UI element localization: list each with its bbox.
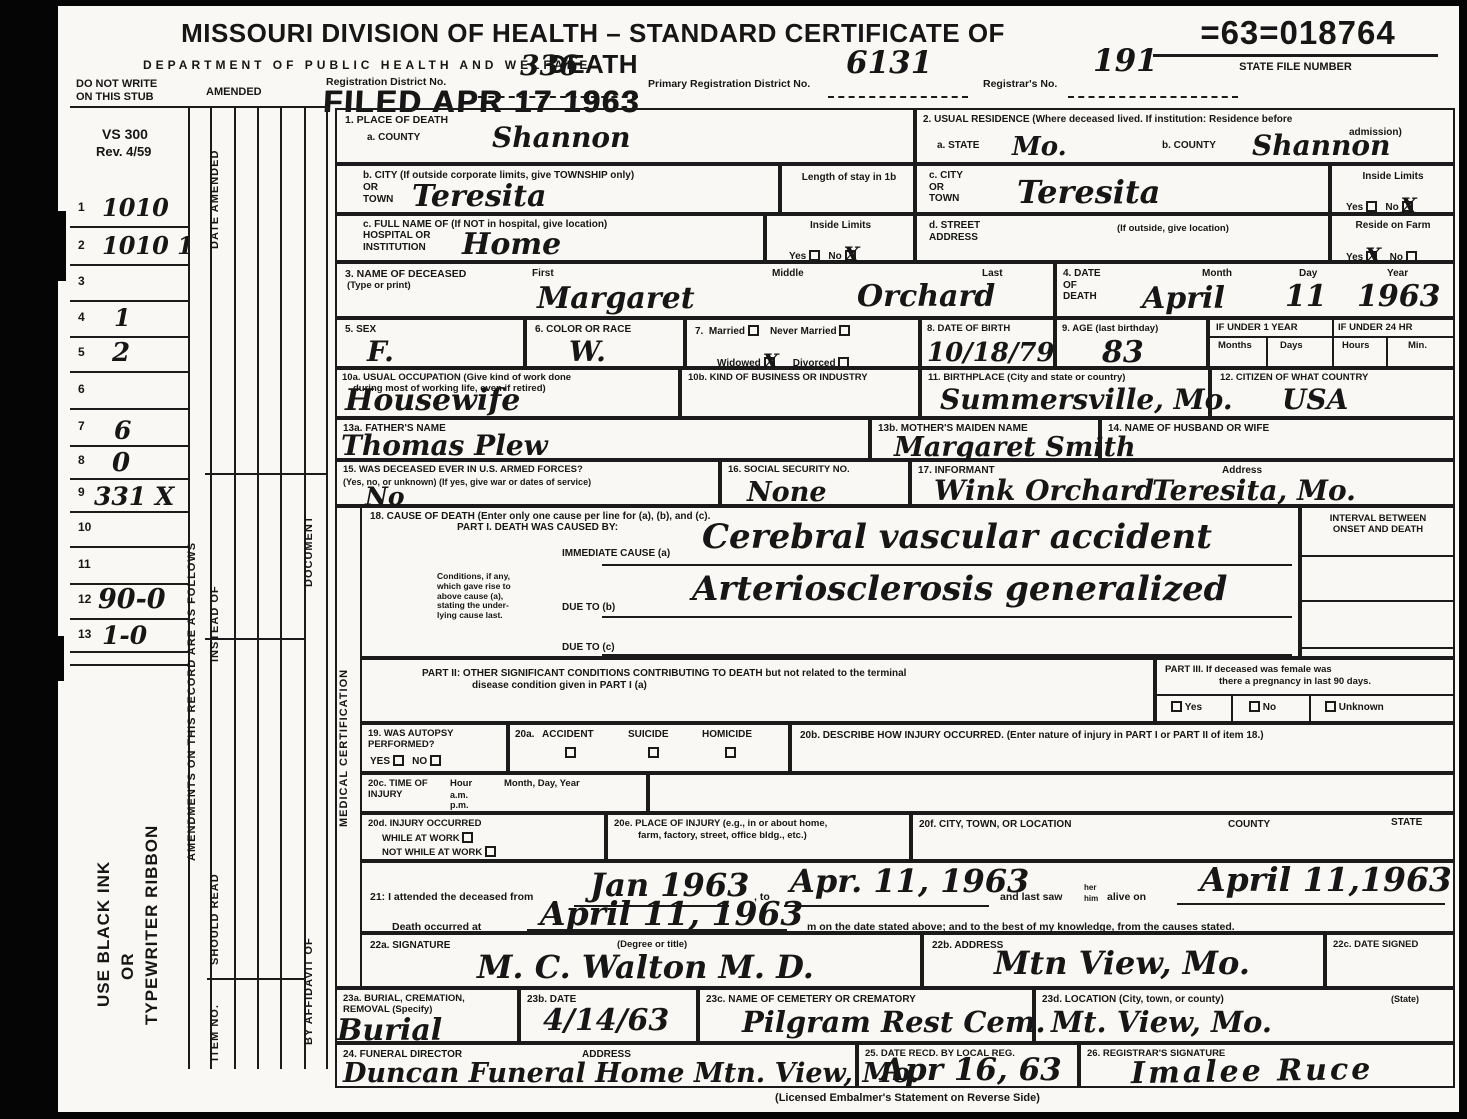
field-street-address: d. STREET ADDRESS (If outside, give loca… xyxy=(915,214,1330,262)
married-label: Married xyxy=(709,326,745,338)
injury-occurred-label: 20d. INJURY OCCURRED xyxy=(368,819,482,830)
part3-label2: there a pregnancy in last 90 days. xyxy=(1219,677,1371,688)
county-value: Shannon xyxy=(492,124,630,152)
do-not-write-label: DO NOT WRITE ON THIS STUB xyxy=(76,78,157,103)
cemetery-value: Pilgram Rest Cem. xyxy=(742,1008,1046,1037)
father-name-value: Thomas Plew xyxy=(341,432,548,460)
state-hint-label: (State) xyxy=(1391,994,1419,1004)
stub-row-line xyxy=(70,300,188,302)
item-number: 20a. xyxy=(515,729,534,741)
by-affidavit-column-label: BY AFFIDAVIT OF xyxy=(303,916,325,1066)
time-of-injury-label: 20c. TIME OF INJURY xyxy=(368,779,428,801)
due-to-b-value: Arteriosclerosis generalized xyxy=(692,572,1227,606)
last-seen-value: April 11,1963 xyxy=(1200,863,1452,896)
inner-line xyxy=(1302,647,1453,649)
yes-checkbox xyxy=(809,250,820,261)
death-day-value: 11 xyxy=(1285,282,1327,312)
field-accident-suicide-homicide: 20a. ACCIDENT SUICIDE HOMICIDE xyxy=(508,723,790,773)
field-social-security: 16. SOCIAL SECURITY NO. None xyxy=(720,460,910,506)
stub-row-number: 4 xyxy=(78,311,85,325)
field-city-of-death: b. CITY (If outside corporate limits, gi… xyxy=(335,164,780,214)
part3-label: PART III. If deceased was female was xyxy=(1165,665,1332,676)
day-label: Day xyxy=(1299,268,1317,280)
stub-cross-line xyxy=(205,473,326,475)
inner-line xyxy=(1332,320,1334,366)
pregnancy-unknown-checkbox xyxy=(1325,701,1336,712)
inner-line xyxy=(1386,336,1388,366)
field-cemetery-location: 23d. LOCATION (City, town, or county) (S… xyxy=(1034,988,1455,1043)
field-date-received: 25. DATE RECD. BY LOCAL REG. Apr 16, 63 xyxy=(857,1043,1079,1088)
field-date-of-birth: 8. DATE OF BIRTH 10/18/79 xyxy=(920,318,1055,368)
autopsy-yes-checkbox xyxy=(393,755,404,766)
cemetery-location-label: 23d. LOCATION (City, town, or county) xyxy=(1042,994,1224,1006)
cause-of-death-label: 18. CAUSE OF DEATH (Enter only one cause… xyxy=(370,511,710,523)
field-usual-residence: 2. USUAL RESIDENCE (Where deceased lived… xyxy=(915,108,1455,164)
use-black-ink-label: USE BLACK INK xyxy=(94,851,118,1016)
yes-label: Yes xyxy=(1185,702,1202,714)
physician-signature-value: M. C. Walton M. D. xyxy=(477,951,814,983)
stub-row-number: 2 xyxy=(78,239,85,253)
stub-row-line xyxy=(70,478,188,480)
her-label: her xyxy=(1084,883,1096,892)
last-label: Last xyxy=(982,268,1003,280)
homicide-checkbox xyxy=(725,747,736,758)
field-time-of-injury: 20c. TIME OF INJURY Hour a.m. p.m. Month… xyxy=(360,773,648,813)
no-checkbox xyxy=(1406,251,1417,262)
field-place-of-injury: 20e. PLACE OF INJURY (e.g., in or about … xyxy=(606,813,911,861)
no-label: No xyxy=(1385,202,1398,214)
citizen-value: USA xyxy=(1282,386,1348,414)
describe-injury-label: 20b. DESCRIBE HOW INJURY OCCURRED. (Ente… xyxy=(800,730,1264,742)
stub-row-value: 1010 1 xyxy=(102,234,194,258)
last-saw-text: and last saw xyxy=(1000,891,1062,903)
suicide-checkbox xyxy=(648,747,659,758)
no-label: No xyxy=(1263,702,1276,714)
certificate-page: MISSOURI DIVISION OF HEALTH – STANDARD C… xyxy=(58,6,1459,1112)
field-res-inside-limits: Inside Limits Yes No X xyxy=(1330,164,1455,214)
stub-row-value: 331 X xyxy=(94,484,174,509)
field-cause-of-death: 18. CAUSE OF DEATH (Enter only one cause… xyxy=(360,506,1300,658)
stub-grid-line xyxy=(257,106,259,1069)
stub-row-number: 7 xyxy=(78,420,85,434)
inner-line xyxy=(1231,694,1233,721)
yes-label: Yes xyxy=(1346,202,1363,214)
not-while-at-work-label: NOT WHILE AT WORK xyxy=(382,848,482,859)
field-interval-onset-death: INTERVAL BETWEEN ONSET AND DEATH xyxy=(1300,506,1455,658)
registrar-signature-value: Imalee Ruce xyxy=(1131,1055,1374,1089)
immediate-cause-label: IMMEDIATE CAUSE (a) xyxy=(562,548,670,560)
field-date-of-death: 4. DATE OF DEATH Month Day Year April 11… xyxy=(1055,262,1455,318)
while-at-work-label: WHILE AT WORK xyxy=(382,834,460,845)
stub-row-number: 3 xyxy=(78,275,85,289)
field-attended-statement: 21: I attended the deceased from Jan 196… xyxy=(360,861,1455,933)
stub-row-number: 12 xyxy=(78,593,91,607)
name-label: 3. NAME OF DECEASED xyxy=(345,268,466,280)
field-funeral-director: 24. FUNERAL DIRECTOR ADDRESS Duncan Fune… xyxy=(335,1043,857,1088)
immediate-cause-value: Cerebral vascular accident xyxy=(702,520,1212,554)
field-armed-forces: 15. WAS DECEASED EVER IN U.S. ARMED FORC… xyxy=(335,460,720,506)
field-date-signed: 22c. DATE SIGNED xyxy=(1325,933,1455,988)
field-occupation: 10a. USUAL OCCUPATION (Give kind of work… xyxy=(335,368,680,418)
attended-to-value: Apr. 11, 1963 xyxy=(790,865,1029,897)
stub-row-line xyxy=(70,651,188,653)
year-label: Year xyxy=(1387,268,1408,280)
entry-line xyxy=(602,616,1292,618)
accident-label: ACCIDENT xyxy=(542,729,594,741)
stub-row-number: 1 xyxy=(78,201,85,215)
address-label: 22b. ADDRESS xyxy=(932,940,1003,952)
stub-row-number: 5 xyxy=(78,346,85,360)
cemetery-location-value: Mt. View, Mo. xyxy=(1051,1008,1272,1037)
stub-grid-line xyxy=(326,106,328,1069)
field-age: 9. AGE (last birthday) 83 xyxy=(1055,318,1208,368)
field-marital-status: 7. Married Never Married Widowed X Divor… xyxy=(685,318,920,368)
stub-row-line xyxy=(70,546,188,548)
instead-of-column-label: INSTEAD OF xyxy=(209,531,233,716)
sex-label: 5. SEX xyxy=(345,324,376,336)
informant-value: Wink Orchard xyxy=(934,477,1154,505)
field-business-industry: 10b. KIND OF BUSINESS OR INDUSTRY xyxy=(680,368,920,418)
pregnancy-no-checkbox xyxy=(1249,701,1260,712)
death-occurred-text: Death occurred at xyxy=(392,921,481,933)
field-husband-or-wife: 14. NAME OF HUSBAND OR WIFE xyxy=(1100,418,1455,460)
amendments-note: AMENDMENTS ON THIS RECORD ARE AS FOLLOWS xyxy=(186,391,208,1011)
scan-artifact xyxy=(58,636,64,681)
business-label: 10b. KIND OF BUSINESS OR INDUSTRY xyxy=(688,373,868,384)
inside-limits-label: Inside Limits xyxy=(773,220,908,232)
stub-grid-line xyxy=(280,106,282,1069)
death-year-value: 1963 xyxy=(1357,282,1441,312)
stub-row-value: 1010 xyxy=(102,196,169,220)
date-received-value: Apr 16, 63 xyxy=(881,1055,1062,1086)
field-reside-on-farm: Reside on Farm Yes X No xyxy=(1330,214,1455,262)
stub-row-line xyxy=(70,445,188,447)
medical-certification-strip: MEDICAL CERTIFICATION xyxy=(335,506,362,988)
inner-line xyxy=(1157,694,1453,696)
field-sex: 5. SEX F. xyxy=(335,318,525,368)
stub-row-value: 6 xyxy=(114,418,131,443)
blank-line xyxy=(828,96,968,98)
injury-county-label: COUNTY xyxy=(1228,819,1270,831)
field-injury-location: 20f. CITY, TOWN, OR LOCATION COUNTY STAT… xyxy=(911,813,1455,861)
burial-date-value: 4/14/63 xyxy=(543,1006,669,1036)
alive-on-text: alive on xyxy=(1107,891,1146,903)
stub-row-line xyxy=(70,511,188,513)
state-value: Mo. xyxy=(1012,134,1067,160)
res-county-label: b. COUNTY xyxy=(1162,140,1216,152)
days-label: Days xyxy=(1280,341,1303,352)
under-1-year-label: IF UNDER 1 YEAR xyxy=(1216,323,1298,334)
county-label: a. COUNTY xyxy=(367,132,420,144)
field-time-of-injury-blank xyxy=(648,773,1455,813)
homicide-label: HOMICIDE xyxy=(702,729,752,741)
street-address-hint: (If outside, give location) xyxy=(1117,224,1229,235)
yes-checkbox xyxy=(1366,201,1377,212)
month-label: Month xyxy=(1202,268,1232,280)
informant-address-value: Teresita, Mo. xyxy=(1152,477,1356,505)
autopsy-no-label: NO xyxy=(412,756,427,768)
sex-value: F. xyxy=(367,338,394,366)
min-label: Min. xyxy=(1408,341,1427,352)
hour-label: Hour xyxy=(450,779,472,790)
city-value: Teresita xyxy=(412,182,546,212)
field-residence-city: c. CITY OR TOWN Teresita xyxy=(915,164,1330,214)
entry-line xyxy=(1177,903,1445,905)
stub-divider xyxy=(70,106,326,108)
ssn-label: 16. SOCIAL SECURITY NO. xyxy=(728,465,850,476)
physician-address-value: Mtn View, Mo. xyxy=(994,947,1250,979)
stub-row-number: 8 xyxy=(78,454,85,468)
length-of-stay-label: Length of stay in 1b xyxy=(788,172,910,184)
not-while-at-work-checkbox xyxy=(485,846,496,857)
due-to-c-label: DUE TO (c) xyxy=(562,642,615,654)
field-father-name: 13a. FATHER'S NAME Thomas Plew xyxy=(335,418,870,460)
document-column-label: DOCUMENT xyxy=(303,501,325,601)
ssn-value: None xyxy=(747,479,827,506)
inner-line xyxy=(1309,694,1311,721)
stub-row-line xyxy=(70,664,188,666)
state-file-label: STATE FILE NUMBER xyxy=(1148,61,1443,73)
field-color-or-race: 6. COLOR OR RACE W. xyxy=(525,318,685,368)
field-length-of-stay: Length of stay in 1b xyxy=(780,164,915,214)
dob-label: 8. DATE OF BIRTH xyxy=(927,324,1010,335)
stub-row-line xyxy=(70,264,188,266)
part1-label: PART I. DEATH WAS CAUSED BY: xyxy=(457,522,618,534)
or-label: OR xyxy=(118,934,140,998)
injury-state-label: STATE xyxy=(1391,817,1422,829)
husband-wife-label: 14. NAME OF HUSBAND OR WIFE xyxy=(1108,423,1269,435)
last-name-value: Orchard xyxy=(857,282,995,312)
entry-line xyxy=(602,654,1292,656)
cemetery-label: 23c. NAME OF CEMETERY OR CREMATORY xyxy=(706,994,916,1006)
attended-lead-text: 21: I attended the deceased from xyxy=(370,891,533,903)
ampm-label: a.m. p.m. xyxy=(450,790,469,811)
typewriter-ribbon-label: TYPEWRITER RIBBON xyxy=(142,801,166,1049)
section-label: 2. USUAL RESIDENCE (Where deceased lived… xyxy=(923,114,1292,126)
should-read-column-label: SHOULD READ xyxy=(209,849,233,989)
race-label: 6. COLOR OR RACE xyxy=(535,324,631,336)
field-cemetery-name: 23c. NAME OF CEMETERY OR CREMATORY Pilgr… xyxy=(698,988,1034,1043)
field-burial-date: 23b. DATE 4/14/63 xyxy=(519,988,698,1043)
death-occurred-value: April 11, 1963 xyxy=(540,897,803,930)
entry-line xyxy=(527,929,787,931)
never-married-checkbox xyxy=(839,325,850,336)
stub-row-number: 11 xyxy=(78,558,91,572)
pregnancy-yes-checkbox xyxy=(1171,701,1182,712)
married-checkbox xyxy=(748,325,759,336)
field-informant: 17. INFORMANT Address Wink Orchard Teres… xyxy=(910,460,1455,506)
stub-row-value: 2 xyxy=(112,340,130,366)
signature-label: 22a. SIGNATURE xyxy=(370,940,450,952)
first-label: First xyxy=(532,268,554,280)
blank-line xyxy=(1068,96,1238,98)
armed-forces-label: 15. WAS DECEASED EVER IN U.S. ARMED FORC… xyxy=(343,465,583,476)
field-burial-cremation: 23a. BURIAL, CREMATION, REMOVAL (Specify… xyxy=(335,988,519,1043)
entry-line xyxy=(602,564,1292,566)
place-of-injury-label2: farm, factory, street, office bldg., etc… xyxy=(638,831,807,842)
race-value: W. xyxy=(569,338,606,366)
res-city-value: Teresita xyxy=(1017,176,1160,208)
institution-value: Home xyxy=(462,230,561,260)
medical-certification-label: MEDICAL CERTIFICATION xyxy=(338,548,358,948)
funeral-director-value: Duncan Funeral Home Mtn. View, Mo. xyxy=(343,1060,919,1087)
dob-value: 10/18/79 xyxy=(927,340,1055,366)
occupation-value: Housewife xyxy=(345,386,520,416)
stub-row-number: 10 xyxy=(78,521,91,535)
street-address-label: d. STREET ADDRESS xyxy=(929,220,980,243)
injury-city-label: 20f. CITY, TOWN, OR LOCATION xyxy=(919,819,1071,831)
registrar-number-label: Registrar's No. xyxy=(983,78,1057,90)
field-citizen-country: 12. CITIZEN OF WHAT COUNTRY USA xyxy=(1210,368,1455,418)
due-to-b-label: DUE TO (b) xyxy=(562,602,615,614)
field-injury-at-work: 20d. INJURY OCCURRED WHILE AT WORK NOT W… xyxy=(360,813,606,861)
autopsy-yes-label: YES xyxy=(370,756,390,768)
date-amended-column-label: DATE AMENDED xyxy=(209,124,233,274)
field-mother-maiden-name: 13b. MOTHER'S MAIDEN NAME Margaret Smith xyxy=(870,418,1100,460)
stub-row-line xyxy=(70,618,188,620)
field-physician-address: 22b. ADDRESS Mtn View, Mo. xyxy=(922,933,1325,988)
part2-label: PART II: OTHER SIGNIFICANT CONDITIONS CO… xyxy=(422,668,906,680)
under-24-hr-label: IF UNDER 24 HR xyxy=(1338,323,1412,334)
burial-value: Burial xyxy=(337,1016,442,1046)
stub-row-value: 1 xyxy=(114,306,131,330)
field-part-three-pregnancy: PART III. If deceased was female was the… xyxy=(1155,658,1455,723)
suicide-label: SUICIDE xyxy=(628,729,669,741)
reside-on-farm-label: Reside on Farm xyxy=(1338,220,1448,232)
institution-label2: HOSPITAL OR INSTITUTION xyxy=(363,230,430,253)
field-autopsy: 19. WAS AUTOPSY PERFORMED? YES NO xyxy=(360,723,508,773)
interval-label: INTERVAL BETWEEN ONSET AND DEATH xyxy=(1308,514,1448,536)
state-file-number: =63=018764 xyxy=(1148,14,1448,52)
death-month-value: April xyxy=(1142,284,1225,314)
inner-line xyxy=(1302,555,1453,557)
form-revision: Rev. 4/59 xyxy=(96,145,151,160)
never-married-label: Never Married xyxy=(770,326,837,338)
field-name-of-deceased: 3. NAME OF DECEASED (Type or print) Firs… xyxy=(335,262,1055,318)
res-city-label: c. CITY OR TOWN xyxy=(929,170,963,205)
scan-artifact xyxy=(58,211,66,281)
field-birthplace: 11. BIRTHPLACE (City and state or countr… xyxy=(920,368,1210,418)
age-value: 83 xyxy=(1102,338,1144,368)
stub-row-number: 13 xyxy=(78,628,91,642)
months-label: Months xyxy=(1218,341,1252,352)
stub-row-value: 1-0 xyxy=(102,623,147,648)
field-physician-signature: 22a. SIGNATURE (Degree or title) M. C. W… xyxy=(360,933,922,988)
stub-row-value: 90-0 xyxy=(98,586,166,613)
stub-row-number: 6 xyxy=(78,383,85,397)
month-day-year-label: Month, Day, Year xyxy=(504,779,580,790)
date-signed-label: 22c. DATE SIGNED xyxy=(1333,940,1418,951)
or-town-label: OR TOWN xyxy=(363,182,393,205)
item-number: 7. xyxy=(695,326,703,338)
field-part-two: PART II: OTHER SIGNIFICANT CONDITIONS CO… xyxy=(360,658,1155,723)
autopsy-label: 19. WAS AUTOPSY PERFORMED? xyxy=(368,729,454,751)
accident-checkbox xyxy=(565,747,576,758)
stub-row-number: 9 xyxy=(78,486,85,500)
amended-label: AMENDED xyxy=(206,86,262,99)
scanned-death-certificate: { "common": { "yes": "Yes", "no": "No", … xyxy=(0,0,1467,1119)
field-hospital-institution: c. FULL NAME OF (If NOT in hospital, giv… xyxy=(335,214,765,262)
inner-line xyxy=(1302,600,1453,602)
primary-registration-value: 6131 xyxy=(846,48,932,79)
causes-stated-text: m on the date stated above; and to the b… xyxy=(807,921,1235,933)
birthplace-value: Summersville, Mo. xyxy=(940,386,1233,414)
field-place-of-death: 1. PLACE OF DEATH a. COUNTY Shannon xyxy=(335,108,915,164)
no-label: No xyxy=(828,251,841,263)
state-label: a. STATE xyxy=(937,140,979,152)
yes-label: Yes xyxy=(789,251,806,263)
while-at-work-checkbox xyxy=(462,832,473,843)
unknown-label: Unknown xyxy=(1339,702,1384,714)
registrar-number-value: 191 xyxy=(1093,46,1158,77)
name-sublabel: (Type or print) xyxy=(347,281,411,292)
him-label: him xyxy=(1084,894,1098,903)
stub-grid-line xyxy=(234,106,236,1069)
primary-registration-label: Primary Registration District No. xyxy=(648,78,810,90)
stub-row-line xyxy=(70,226,188,228)
conditions-note: Conditions, if any, which gave rise to a… xyxy=(437,572,552,621)
section-label: 1. PLACE OF DEATH xyxy=(345,114,448,126)
first-name-value: Margaret xyxy=(537,284,695,314)
entry-line xyxy=(784,905,989,907)
stub-row-value: 0 xyxy=(112,450,130,476)
field-registrar-signature: 26. REGISTRAR'S SIGNATURE Imalee Ruce xyxy=(1079,1043,1455,1088)
form-number: VS 300 xyxy=(102,126,148,142)
place-of-injury-label: 20e. PLACE OF INJURY (e.g., in or about … xyxy=(614,819,827,830)
embalmer-statement-note: (Licensed Embalmer's Statement on Revers… xyxy=(360,1092,1455,1105)
autopsy-no-checkbox xyxy=(430,755,441,766)
middle-label: Middle xyxy=(772,268,804,280)
part2-label2: disease condition given in PART I (a) xyxy=(472,680,647,692)
hours-label: Hours xyxy=(1342,341,1369,352)
field-age-under-one: IF UNDER 1 YEAR IF UNDER 24 HR Months Da… xyxy=(1208,318,1455,368)
field-death-inside-limits: Inside Limits Yes No X xyxy=(765,214,915,262)
registration-district-value: 336 xyxy=(520,52,578,80)
res-county-value: Shannon xyxy=(1252,132,1390,160)
field-describe-injury: 20b. DESCRIBE HOW INJURY OCCURRED. (Ente… xyxy=(790,723,1455,773)
item-no-column-label: ITEM NO. xyxy=(209,994,233,1072)
inner-line xyxy=(1266,336,1268,366)
age-label: 9. AGE (last birthday) xyxy=(1062,324,1158,335)
state-file-underline xyxy=(1153,54,1438,57)
stub-row-line xyxy=(70,371,188,373)
inside-limits-label: Inside Limits xyxy=(1338,171,1448,183)
stub-row-line xyxy=(70,408,188,410)
date-of-death-label: 4. DATE OF DEATH xyxy=(1063,268,1101,303)
divorced-checkbox xyxy=(838,357,849,368)
